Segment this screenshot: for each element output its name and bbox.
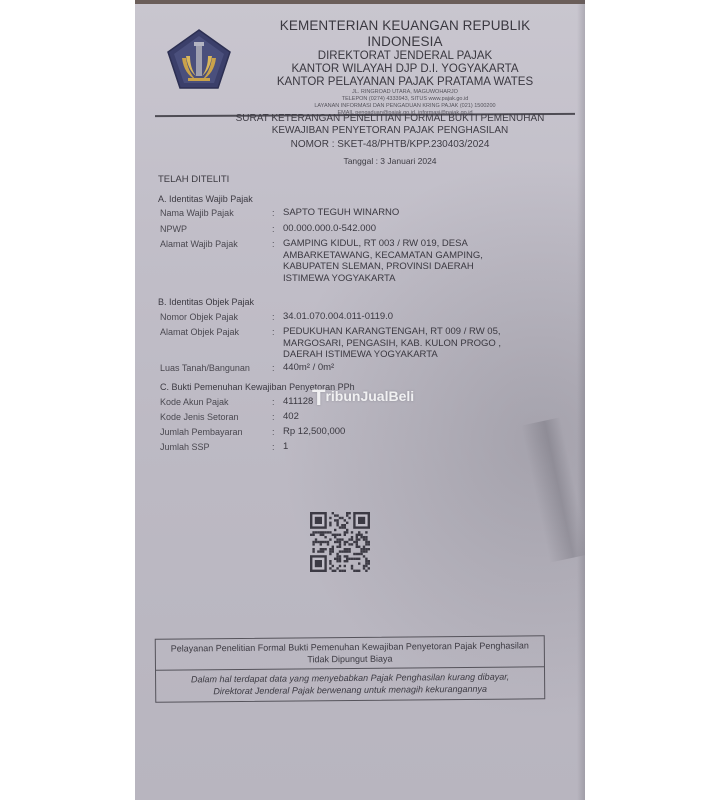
field-value: PEDUKUHAN KARANGTENGAH, RT 009 / RW 05,M… bbox=[283, 326, 501, 361]
ministry-name: KEMENTERIAN KEUANGAN REPUBLIK INDONESIA bbox=[250, 18, 560, 50]
field-label: Nama Wajib Pajak bbox=[160, 208, 234, 218]
field-label: Kode Akun Pajak bbox=[160, 397, 229, 407]
document-date: Tanggal : 3 Januari 2024 bbox=[230, 156, 550, 166]
status-text: TELAH DITELITI bbox=[158, 174, 229, 186]
document-title-line2: KEWAJIBAN PENYETORAN PAJAK PENGHASILAN bbox=[225, 125, 555, 137]
field-colon: : bbox=[272, 412, 275, 422]
field-colon: : bbox=[272, 442, 275, 452]
document-title: SURAT KETERANGAN PENELITIAN FORMAL BUKTI… bbox=[225, 113, 555, 136]
collection-warning: Dalam hal terdapat data yang menyebabkan… bbox=[156, 667, 544, 701]
field-value: GAMPING KIDUL, RT 003 / RW 019, DESAAMBA… bbox=[283, 238, 483, 284]
field-value: 1 bbox=[283, 441, 288, 453]
field-value-line: Rp 12,500,000 bbox=[283, 426, 345, 438]
field-value-line: GAMPING KIDUL, RT 003 / RW 019, DESA bbox=[283, 238, 483, 250]
field-value-line: KABUPATEN SLEMAN, PROVINSI DAERAH bbox=[283, 261, 483, 273]
field-label: Alamat Wajib Pajak bbox=[160, 239, 238, 249]
section-a-heading: A. Identitas Wajib Pajak bbox=[158, 193, 253, 205]
field-value-line: AMBARKETAWANG, KECAMATAN GAMPING, bbox=[283, 250, 483, 262]
notice-box: Pelayanan Penelitian Formal Bukti Pemenu… bbox=[155, 635, 546, 702]
office-service-line: LAYANAN INFORMASI DAN PENGADUAN KRING PA… bbox=[250, 103, 560, 110]
field-label: NPWP bbox=[160, 224, 187, 234]
section-b-heading: B. Identitas Objek Pajak bbox=[158, 296, 254, 308]
free-service-notice: Pelayanan Penelitian Formal Bukti Pemenu… bbox=[156, 636, 544, 670]
field-value: 402 bbox=[283, 411, 299, 423]
field-value: 00.000.000.0-542.000 bbox=[283, 223, 376, 235]
field-value-line: ISTIMEWA YOGYAKARTA bbox=[283, 273, 483, 285]
field-colon: : bbox=[272, 239, 275, 249]
field-label: Alamat Objek Pajak bbox=[160, 327, 239, 337]
watermark-initial: T bbox=[312, 385, 325, 410]
tribun-jualbeli-watermark: TribunJualBeli bbox=[312, 385, 414, 411]
paper-fold-shadow bbox=[521, 417, 585, 562]
field-label: Jumlah SSP bbox=[160, 442, 210, 452]
field-colon: : bbox=[272, 327, 275, 337]
field-label: Nomor Objek Pajak bbox=[160, 312, 238, 322]
letterhead: KEMENTERIAN KEUANGAN REPUBLIK INDONESIA … bbox=[250, 18, 560, 117]
field-value-line: 411128 bbox=[283, 396, 313, 408]
field-value: 440m² / 0m² bbox=[283, 362, 334, 374]
field-value-line: DAERAH ISTIMEWA YOGYAKARTA bbox=[283, 349, 501, 361]
field-label: Jumlah Pembayaran bbox=[160, 427, 243, 437]
document-title-line1: SURAT KETERANGAN PENELITIAN FORMAL BUKTI… bbox=[225, 113, 555, 125]
field-value-line: MARGOSARI, PENGASIH, KAB. KULON PROGO , bbox=[283, 338, 501, 350]
field-value-line: 00.000.000.0-542.000 bbox=[283, 223, 376, 235]
field-value-line: 440m² / 0m² bbox=[283, 362, 334, 374]
field-colon: : bbox=[272, 363, 275, 373]
field-value-line: 402 bbox=[283, 411, 299, 423]
tax-office-name: KANTOR PELAYANAN PAJAK PRATAMA WATES bbox=[250, 76, 560, 89]
regional-office-name: KANTOR WILAYAH DJP D.I. YOGYAKARTA bbox=[250, 63, 560, 76]
document-number: NOMOR : SKET-48/PHTB/KPP.230403/2024 bbox=[230, 139, 550, 150]
field-colon: : bbox=[272, 224, 275, 234]
field-value: 411128 bbox=[283, 396, 313, 408]
field-value-line: SAPTO TEGUH WINARNO bbox=[283, 207, 399, 219]
field-label: Luas Tanah/Bangunan bbox=[160, 363, 250, 373]
qr-code-icon[interactable] bbox=[310, 512, 370, 572]
field-value: 34.01.070.004.011-0119.0 bbox=[283, 311, 393, 323]
field-label: Kode Jenis Setoran bbox=[160, 412, 239, 422]
field-value: Rp 12,500,000 bbox=[283, 426, 345, 438]
watermark-text: ribunJualBeli bbox=[325, 388, 414, 404]
office-phone: TELEPON (0274) 4333943, SITUS www.pajak.… bbox=[250, 96, 560, 103]
field-colon: : bbox=[272, 427, 275, 437]
paper-edge-shadow bbox=[577, 0, 585, 800]
field-colon: : bbox=[272, 208, 275, 218]
field-colon: : bbox=[272, 397, 275, 407]
field-value-line: PEDUKUHAN KARANGTENGAH, RT 009 / RW 05, bbox=[283, 326, 501, 338]
office-address: JL. RINGROAD UTARA, MAGUWOHARJO bbox=[250, 89, 560, 96]
field-colon: : bbox=[272, 312, 275, 322]
field-value-line: 34.01.070.004.011-0119.0 bbox=[283, 311, 393, 323]
directorate-name: DIREKTORAT JENDERAL PAJAK bbox=[250, 50, 560, 63]
field-value-line: 1 bbox=[283, 441, 288, 453]
field-value: SAPTO TEGUH WINARNO bbox=[283, 207, 399, 219]
kemenkeu-emblem-icon bbox=[166, 28, 232, 90]
